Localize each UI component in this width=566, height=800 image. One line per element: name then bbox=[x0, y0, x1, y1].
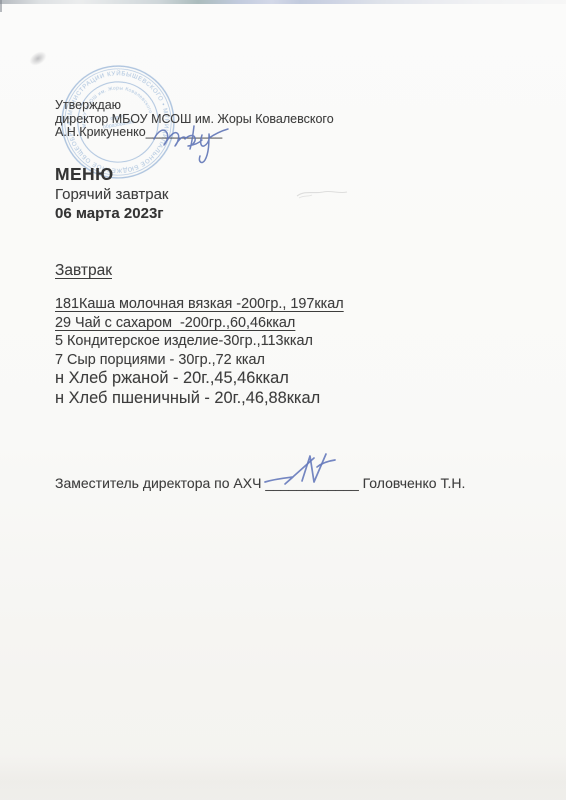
title-block: МЕНЮ Горячий завтрак 06 марта 2023г bbox=[55, 165, 168, 222]
scanner-edge-band bbox=[0, 0, 566, 4]
menu-item-pastry: 5 Кондитерское изделие-30гр.,113ккал bbox=[55, 332, 344, 351]
paper-smudge bbox=[26, 48, 50, 70]
director-name: А.Н.Крикуненко bbox=[55, 125, 146, 139]
deputy-signature bbox=[260, 448, 354, 496]
menu-date: 06 марта 2023г bbox=[55, 205, 168, 223]
section-heading-breakfast: Завтрак bbox=[55, 262, 112, 280]
menu-item-wheat-bread: н Хлеб пшеничный - 20г.,46,88ккал bbox=[55, 389, 344, 409]
approval-line-approve: Утверждаю bbox=[55, 99, 334, 113]
menu-item-rye-bread: н Хлеб ржаной - 20г.,45,46ккал bbox=[55, 369, 344, 389]
meal-type: Горячий завтрак bbox=[55, 186, 168, 204]
deputy-director-name: Головченко Т.Н. bbox=[359, 475, 466, 491]
scanned-menu-document: • АДМИНИСТРАЦИИ КУЙБЫШЕВСКОГО • МУНИЦИПА… bbox=[0, 0, 566, 800]
scanner-edge-sliver bbox=[0, 0, 2, 12]
pencil-scratch-mark bbox=[295, 185, 349, 203]
paper-shading bbox=[0, 754, 566, 800]
menu-item-kasha: 181Каша молочная вязкая -200гр., 197ккал bbox=[55, 295, 344, 314]
page-title: МЕНЮ bbox=[55, 165, 168, 184]
menu-item-cheese: 7 Сыр порциями - 30гр.,72 ккал bbox=[55, 351, 344, 370]
menu-list: 181Каша молочная вязкая -200гр., 197ккал… bbox=[55, 295, 344, 408]
menu-item-tea: 29 Чай с сахаром -200гр.,60,46ккал bbox=[55, 314, 344, 333]
deputy-director-label: Заместитель директора по АХЧ bbox=[55, 475, 265, 491]
director-signature bbox=[148, 112, 234, 166]
